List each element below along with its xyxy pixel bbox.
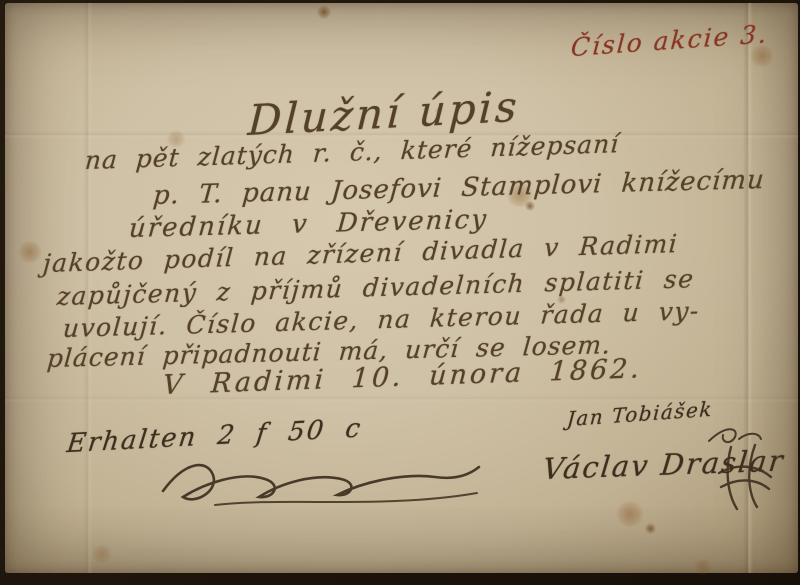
stain <box>645 523 656 534</box>
document-photo: Číslo akcie 3. Dlužní úpis na pět zlatýc… <box>0 0 800 585</box>
body-line-2: p. T. panu Josefovi Stamplovi knížecímu <box>152 165 766 211</box>
stain <box>525 201 535 211</box>
signature-cross-flourish <box>717 443 773 513</box>
stain <box>17 241 43 263</box>
stain <box>615 501 645 527</box>
stain <box>317 5 331 19</box>
stain <box>91 545 113 563</box>
paper-sheet: Číslo akcie 3. Dlužní úpis na pět zlatýc… <box>5 3 798 573</box>
akcie-number-annotation: Číslo akcie 3. <box>570 19 769 62</box>
illegible-signature-flourish <box>155 453 485 513</box>
stain <box>693 559 713 575</box>
